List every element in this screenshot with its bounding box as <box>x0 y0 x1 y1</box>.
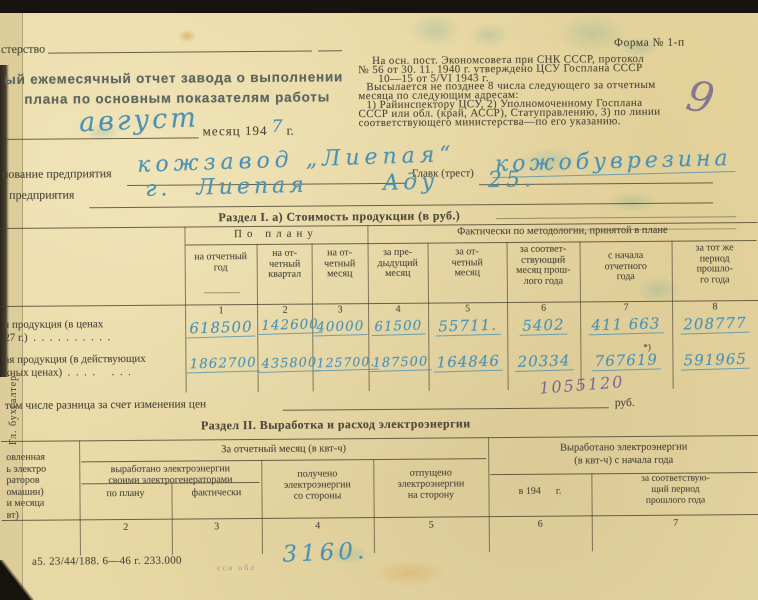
cell-value: 61500 <box>371 318 425 337</box>
enterprise-address-label: предприятия <box>9 187 74 203</box>
paper-sheet: Гл. бухгалтер стерство ый ежемесячный от… <box>0 13 758 600</box>
form-content: стерство ый ежемесячный отчет завода о в… <box>0 13 758 600</box>
cell-value: 411 663 <box>589 314 665 335</box>
ministry-blank-line <box>48 51 312 54</box>
cell-value: 767619 <box>592 350 662 371</box>
cell-value: 591965 <box>681 350 751 371</box>
table1-col-number: 6 <box>508 302 579 314</box>
cell-value: 208777 <box>680 314 750 335</box>
table2-col-number: 7 <box>592 517 758 529</box>
scanned-report-page: Гл. бухгалтер стерство ый ежемесячный от… <box>0 0 758 600</box>
cell-value: 40000 <box>313 318 367 337</box>
table2-col-number: 2 <box>80 522 172 534</box>
table-row: 187500 <box>369 354 427 372</box>
year-suffix: г. <box>287 123 294 139</box>
table-row: 142600 <box>258 317 312 335</box>
table2-col-number: 4 <box>262 520 374 532</box>
table2-col-delivered: отпущено электроэнергии на сторону <box>373 467 488 501</box>
ministry-label: стерство <box>1 42 45 57</box>
ministry-blank-line <box>318 50 342 51</box>
table1-col-number: 3 <box>313 304 367 315</box>
address-line <box>89 202 713 208</box>
month-handwritten-value: август <box>78 102 199 138</box>
table2-col-number: 6 <box>489 518 592 530</box>
table1-row-label: ая продукция (в действующих кных ценах) … <box>4 353 146 380</box>
handwritten-footer-value: 3160. <box>282 538 369 568</box>
table2-col-year: в 194 г. <box>488 485 591 497</box>
table-row: 5402 <box>508 316 579 336</box>
table2-group-border <box>81 458 486 462</box>
year-digit-handwritten: 7 <box>272 117 283 137</box>
cell-value: 1862700 <box>186 354 260 373</box>
table1-col-header: на от- четный месяц <box>313 248 367 280</box>
table2-col-number: 3 <box>172 521 262 533</box>
enterprise-name-label: нование предприятия <box>2 166 112 182</box>
report-title-line-1: ый ежемесячный отчет завода о выполнении <box>4 69 343 87</box>
table-row: 208777 <box>673 315 757 335</box>
pencil-total-value: 1055120 <box>539 372 625 398</box>
stamp-text: ссо обл <box>217 563 256 572</box>
cell-value: 5402 <box>520 316 569 336</box>
cell-value: 187500 <box>369 354 431 372</box>
table-row: 20334 <box>508 352 579 372</box>
price-change-unit: руб. <box>615 397 635 409</box>
table2-col-fact: фактически <box>171 487 261 499</box>
table2-col-number: 5 <box>374 519 489 531</box>
cell-value: 164846 <box>433 352 503 373</box>
section2-title: Раздел II. Выработка и расход электроэне… <box>201 416 471 433</box>
table1-col-number: 8 <box>673 301 757 313</box>
price-change-label: том числе разница за счет изменения цен <box>5 398 206 412</box>
cell-value: 20334 <box>515 351 574 372</box>
table-row: 767619 <box>581 352 671 372</box>
table1-col-number: 4 <box>369 304 427 315</box>
table1-col-header: на от- четный квартал <box>258 249 312 281</box>
scan-corner-shadow <box>0 560 36 600</box>
table2-group-total: Выработано электроэнергии (в квт-ч) с на… <box>488 440 758 468</box>
month-blank-line <box>7 137 199 140</box>
table-row: 411 663 <box>581 316 671 336</box>
table-row: 55711. <box>429 317 506 337</box>
table1-col-number: 1 <box>186 305 256 317</box>
table2-col-prev-year: за соответствую- щий период прошлого год… <box>591 473 758 507</box>
table1-group-fact: Фактически по методологии, принятой в пл… <box>367 224 757 238</box>
table1-col-number: 7 <box>581 302 671 314</box>
table1-col-number: 2 <box>258 305 312 316</box>
table-row: 435800 <box>258 355 312 373</box>
section1-title: Раздел I. а) Стоимость продукции (в руб.… <box>139 208 539 226</box>
table1-col-header: за пре- дыдущий месяц <box>369 248 427 280</box>
cell-value: 435800 <box>258 355 320 373</box>
table2-col-received: получено электроэнергии со стороны <box>261 468 373 502</box>
table2-generated-header: выработано электроэнергии своими электро… <box>79 464 261 486</box>
table-row: 164846 <box>429 353 506 373</box>
printer-imprint: а5. 23/44/188. 6—46 г. 233.000 <box>32 555 182 568</box>
table1-col-header: с начала отчетного года <box>581 251 671 283</box>
table-row: 1862700 <box>186 355 256 374</box>
table-row: 40000 <box>313 318 367 336</box>
table1-col-header: на отчетный год <box>186 252 256 274</box>
price-change-blank-line <box>283 407 609 411</box>
table1-year-blank <box>204 292 240 293</box>
table2-group-month: За отчетный месяц (в квт-ч) <box>79 442 488 456</box>
table-row: 125700. <box>313 354 367 372</box>
form-number: Форма № 1-п <box>614 37 685 50</box>
table1-col-number: 5 <box>429 303 506 315</box>
cell-value: 55711. <box>435 316 500 337</box>
table1-col-header: за тот же период прошло- го года <box>673 243 757 286</box>
table-row: 61500 <box>369 318 427 336</box>
table1-row-label: я продукция (в ценах 27 г.) . . . . . . … <box>4 318 110 345</box>
month-printed-label: месяц 194 <box>203 123 268 140</box>
table-row: 591965 <box>673 351 757 371</box>
table1-col-header: за соответ- ствующий месяц прош- лого го… <box>508 244 579 287</box>
table2-stub-fragments: овленная ь электро раторов омашин) и мес… <box>6 451 79 521</box>
cell-value: 618500 <box>186 318 256 339</box>
table-row: 618500 <box>186 319 256 339</box>
scan-top-edge <box>0 0 758 13</box>
table2-col-plan: по плану <box>79 488 171 500</box>
table1-col-header: за от- четный месяц <box>429 247 506 279</box>
table1-group-plan: По плану <box>184 227 367 240</box>
